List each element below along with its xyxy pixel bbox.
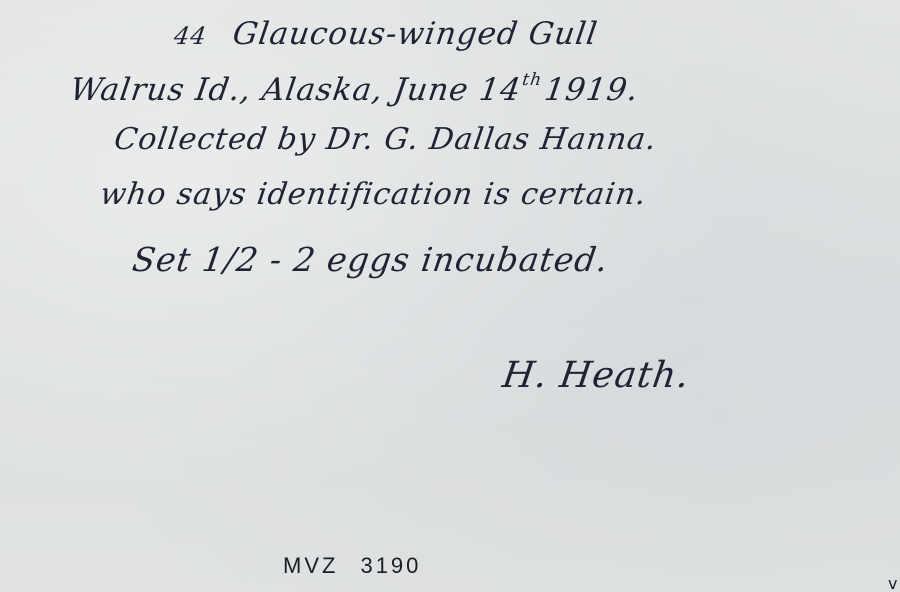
- species-name: Glaucous-winged Gull: [231, 16, 600, 52]
- set-number: 44: [172, 22, 208, 50]
- catalog-prefix: MVZ: [283, 553, 338, 578]
- locality-date-text: Walrus Id., Alaska, June 14: [68, 72, 523, 108]
- check-mark-icon: v: [888, 574, 897, 592]
- egg-set-line: Set 1/2 - 2 eggs incubated.: [130, 240, 611, 279]
- species-line: 44Glaucous-winged Gull: [172, 16, 600, 52]
- ordinal-suffix: th: [521, 70, 544, 90]
- catalog-id: 3190: [360, 553, 421, 578]
- identification-line: who says identification is certain.: [98, 177, 649, 212]
- locality-date-line: Walrus Id., Alaska, June 14th1919.: [68, 70, 641, 108]
- year-text: 1919.: [542, 72, 641, 108]
- specimen-card: 44Glaucous-winged Gull Walrus Id., Alask…: [0, 0, 900, 592]
- catalog-number: MVZ3190: [283, 553, 421, 579]
- signature: H. Heath.: [500, 355, 692, 396]
- collector-line: Collected by Dr. G. Dallas Hanna.: [112, 122, 659, 157]
